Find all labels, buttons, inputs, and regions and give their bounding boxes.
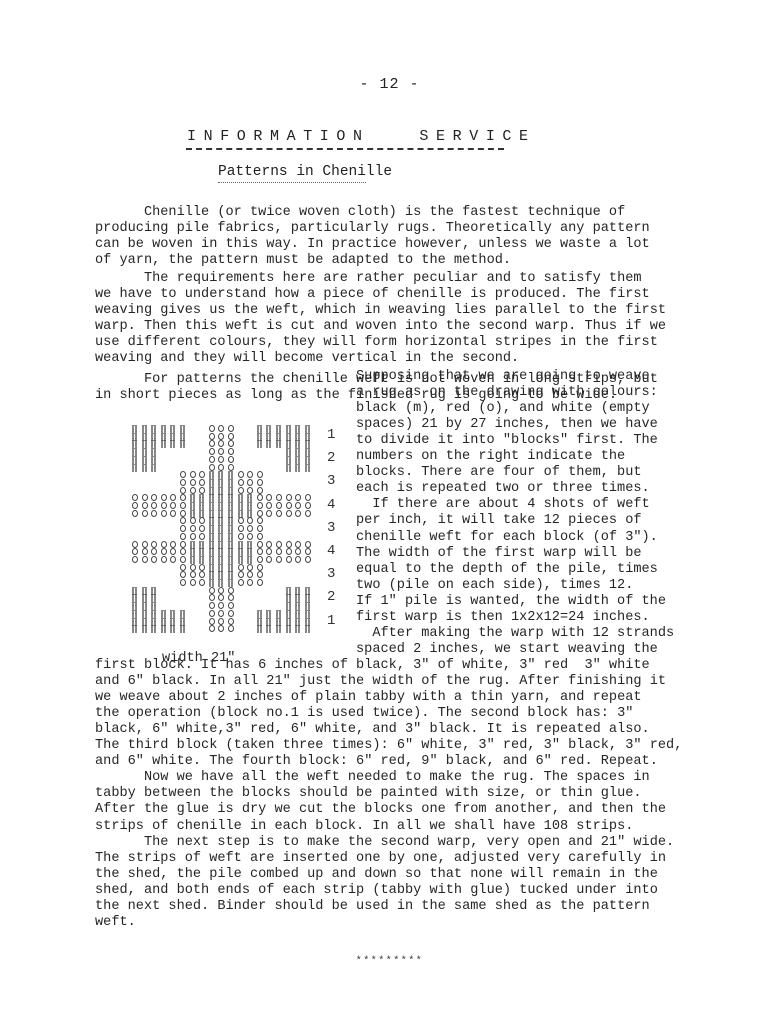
- block-number: 2: [327, 589, 335, 605]
- rug-pattern-diagram: [132, 424, 342, 634]
- text-line: blocks. There are four of them, but: [356, 465, 642, 481]
- text-line: each is repeated two or three times.: [356, 481, 650, 497]
- text-line: After the glue is dry we cut the blocks …: [95, 802, 666, 818]
- text-line: the operation (block no.1 is used twice)…: [95, 706, 633, 722]
- article-title-underline: [218, 182, 366, 183]
- text-line: the shed, the pile combed up and down so…: [95, 867, 658, 883]
- article-title: Patterns in Chenille: [218, 164, 392, 180]
- text-line: tabby between the blocks should be paint…: [95, 786, 642, 802]
- text-line: The third block (taken three times): 6" …: [95, 738, 682, 754]
- pattern-row: [132, 624, 342, 634]
- text-line: spaces) 21 by 27 inches, then we have: [356, 417, 658, 433]
- text-line: The next step is to make the second warp…: [95, 835, 674, 851]
- text-line: producing pile fabrics, particularly rug…: [95, 221, 650, 237]
- block-number: 3: [327, 473, 335, 489]
- text-line: warp. Then this weft is cut and woven in…: [95, 319, 666, 335]
- text-line: chenille weft for each block (of 3").: [356, 530, 658, 546]
- text-line: numbers on the right indicate the: [356, 449, 625, 465]
- text-line: per inch, it will take 12 pieces of: [356, 513, 642, 529]
- text-line: The requirements here are rather peculia…: [95, 271, 642, 287]
- text-line: the next shed. Binder should be used in …: [95, 899, 650, 915]
- black-cell: [266, 625, 271, 633]
- block-number: 1: [327, 427, 335, 443]
- section-end-asterisks: *********: [0, 956, 779, 967]
- page-number: - 12 -: [0, 76, 779, 93]
- black-cell: [295, 625, 300, 633]
- document-page: - 12 - INFORMATION SERVICE Patterns in C…: [0, 0, 779, 1012]
- text-line: Chenille (or twice woven cloth) is the f…: [95, 205, 625, 221]
- text-line: spaced 2 inches, we start weaving the: [356, 642, 658, 658]
- text-line: After making the warp with 12 strands: [356, 626, 674, 642]
- text-line: Now we have all the weft needed to make …: [95, 770, 650, 786]
- black-cell: [305, 625, 310, 633]
- text-line: can be woven in this way. In practice ho…: [95, 237, 650, 253]
- text-line: and 6" white. The fourth block: 6" red, …: [95, 754, 658, 770]
- text-line: If there are about 4 shots of weft: [356, 497, 650, 513]
- black-cell: [276, 625, 281, 633]
- text-line: we weave about 2 inches of plain tabby w…: [95, 690, 642, 706]
- text-line: weaving and they will become vertical in…: [95, 351, 519, 367]
- text-line: we have to understand how a piece of che…: [95, 287, 650, 303]
- text-line: weft.: [95, 915, 136, 931]
- text-line: If 1" pile is wanted, the width of the: [356, 594, 666, 610]
- black-cell: [170, 625, 175, 633]
- text-line: of yarn, the pattern must be adapted to …: [95, 253, 511, 269]
- red-cell: [228, 625, 234, 632]
- section-title: INFORMATION SERVICE: [187, 128, 536, 145]
- text-line: and 6" black. In all 21" just the width …: [95, 674, 666, 690]
- text-line: The width of the first warp will be: [356, 546, 642, 562]
- black-cell: [286, 625, 291, 633]
- black-cell: [257, 625, 262, 633]
- text-line: use different colours, they will form ho…: [95, 335, 658, 351]
- black-cell: [161, 625, 166, 633]
- text-line: weaving gives us the weft, which in weav…: [95, 303, 666, 319]
- black-cell: [180, 625, 185, 633]
- text-line: Supposing that we are going to weave: [356, 369, 650, 385]
- text-line: two (pile on each side), times 12.: [356, 578, 633, 594]
- text-line: first warp is then 1x2x12=24 inches.: [356, 610, 650, 626]
- red-cell: [218, 625, 224, 632]
- block-number: 4: [327, 497, 335, 513]
- text-line: strips of chenille in each block. In all…: [95, 819, 633, 835]
- black-cell: [142, 625, 147, 633]
- block-number: 1: [327, 613, 335, 629]
- black-cell: [151, 625, 156, 633]
- diagram-width-label: width 21": [162, 651, 235, 666]
- text-line: shed, and both ends of each strip (tabby…: [95, 883, 658, 899]
- text-line: to divide it into "blocks" first. The: [356, 433, 658, 449]
- black-cell: [132, 625, 137, 633]
- block-number: 3: [327, 566, 335, 582]
- text-line: black, 6" white,3" red, 6" white, and 3"…: [95, 722, 650, 738]
- text-line: black (m), red (o), and white (empty: [356, 401, 650, 417]
- block-number: 4: [327, 543, 335, 559]
- text-line: equal to the depth of the pile, times: [356, 562, 658, 578]
- section-title-underline: [186, 148, 504, 150]
- text-line: a rug as on the drawing with colours:: [356, 385, 658, 401]
- block-number: 3: [327, 520, 335, 536]
- block-number: 2: [327, 450, 335, 466]
- text-line: The strips of weft are inserted one by o…: [95, 851, 666, 867]
- red-cell: [209, 625, 215, 632]
